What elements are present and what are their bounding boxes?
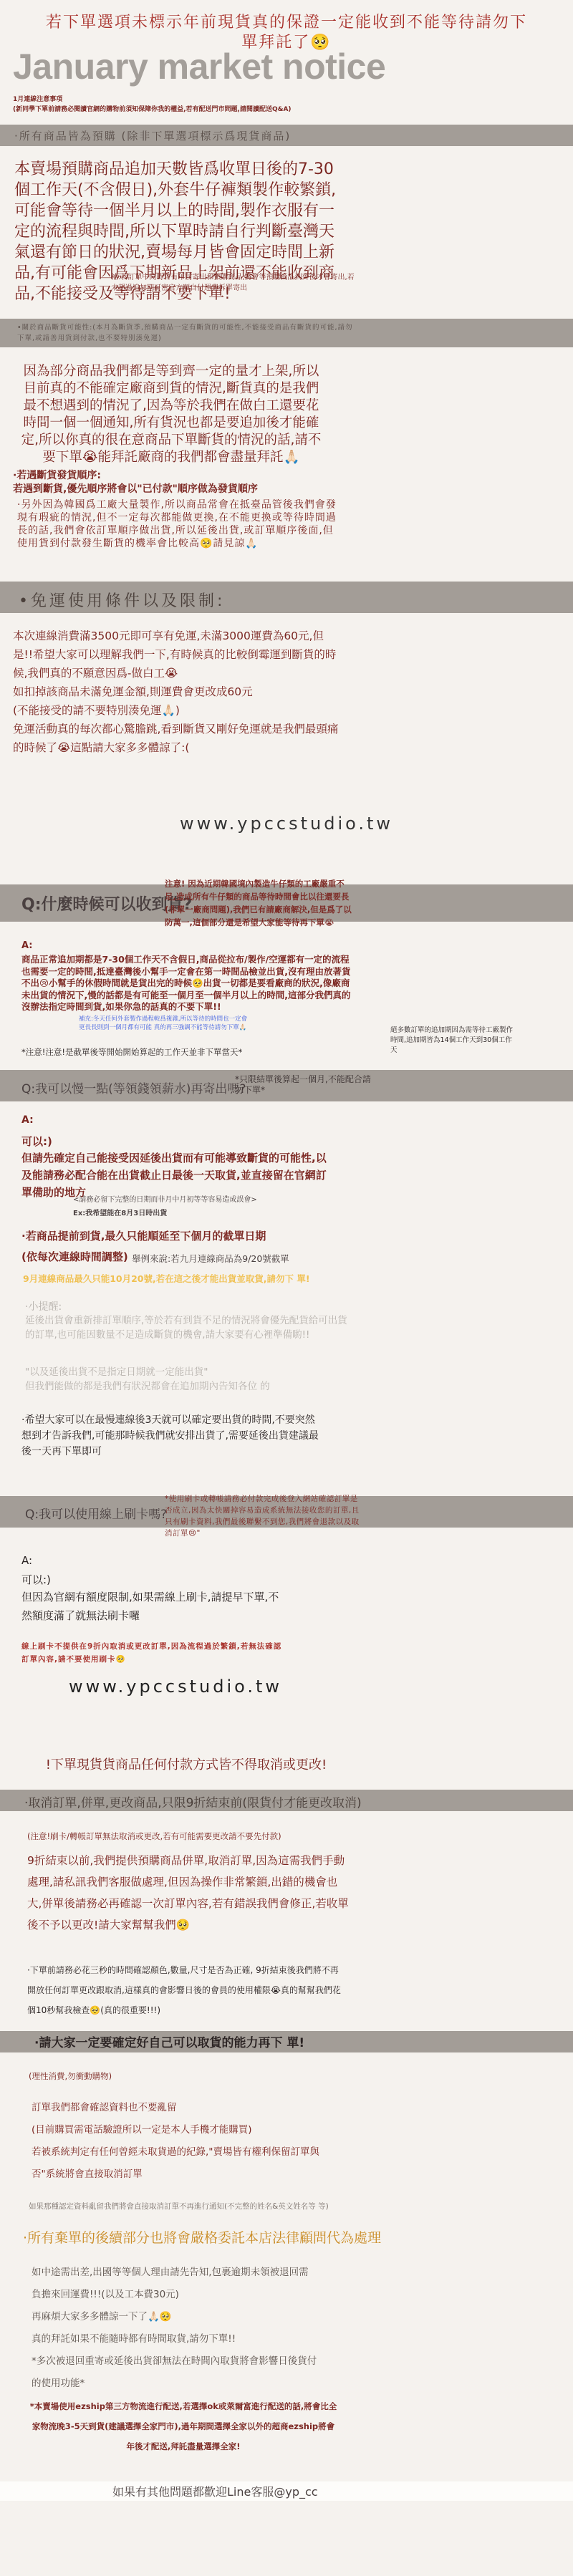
preorder-bar-label: ·所有商品皆為預購 (除非下單選項標示爲現貨商品) bbox=[14, 128, 291, 143]
faq-delay-reminder-body: 延後出貨會重新排訂單順序,等於若有到貨不足的情況將會優先配貨給可出貨的訂單,也可… bbox=[25, 1313, 355, 1342]
pickup-line: (目前購買需電話驗證所以一定是本人手機才能購買) bbox=[32, 2119, 332, 2141]
legal-line: 再麻煩大家多多體諒一下了🙏🏻🥺 bbox=[32, 2306, 325, 2328]
cancel-bar-label: ·取消訂單,併單,更改商品,只限9折結束前(限貨付才能更改取消) bbox=[24, 1793, 362, 1810]
stockout-bar-label: •關於商品斷貨可能性:(本月為斷貨季,預購商品一定有斷貨的可能性,不能接受商品有… bbox=[17, 322, 354, 344]
faq-card-warning: 線上刷卡不提供在9折內取消或更改訂單,因為流程過於繁鎖,若無法確認訂單內容,請不… bbox=[21, 1640, 283, 1666]
faq-delivery-supplement: 補充:冬天任何外套製作過程較爲複雜,所以等待的時間也一定會更長長則到一個月都有可… bbox=[79, 1015, 251, 1032]
preorder-note: 補:若訂單中同時含有年前寄出和預購商品,將會等預購商品到齊後才會寄出,若未超過追… bbox=[111, 272, 355, 294]
in-stock-notice: !下單現貨貨商品任何付款方式皆不得取消或更改! bbox=[0, 1755, 372, 1773]
faq-delay-answer-label: A: bbox=[21, 1114, 34, 1126]
shipping-line: (不能接受的請不要特別湊免運🙏🏻) bbox=[13, 701, 342, 720]
faq-delay-early-warning: 9月連線商品最久只能10月20號,若在這之後才能出貨並取貨,請勿下 單! bbox=[23, 1272, 310, 1285]
shipping-bar-label: •免運使用條件以及限制: bbox=[19, 589, 225, 611]
pickup-lines: 訂單我們都會確認資料也不要亂留 (目前購買需電話驗證所以一定是本人手機才能購買)… bbox=[32, 2097, 332, 2186]
faq-delivery-side-note: 絕多數訂單的追加期因為需等待工廠製作時間,追加期皆為14個工作天到30個工作天 bbox=[390, 1026, 516, 1056]
legal-line: 如中途需出差,出國等等個人理由請先告知,包裹逾期未領被退回需 bbox=[32, 2262, 325, 2284]
faq-delay-early-example: 舉例來說:若九月連線商品為9/20號截單 bbox=[132, 1252, 289, 1265]
faq-card-side-note: *使用刷卡或轉帳請務必付款完成後登入網站確認訂單是否成立,因為太快關掉容易造成系… bbox=[165, 1493, 365, 1539]
legal-line: *多次被退回重寄或延後出貨卻無法在時間內取貨將會影響日後貨付的使用功能* bbox=[32, 2350, 325, 2395]
legal-lines: 如中途需出差,出國等等個人理由請先告知,包裹逾期未領被退回需 負擔來回運費!!!… bbox=[32, 2262, 325, 2395]
legal-line: 負擔來回運費!!!(以及工本費30元) bbox=[32, 2284, 325, 2306]
faq-delay-question: Q:我可以慢一點(等領錢領薪水)再寄出嗎? bbox=[21, 1079, 246, 1096]
faq-delay-early-title: ·若商品提前到貨,最久只能順延至下個月的截單日期 bbox=[21, 1228, 266, 1243]
faq-delay-reminder-end: 但我們能做的都是我們有狀況都會在追加期內告知各位 的 bbox=[25, 1378, 270, 1392]
stockout-defect-body: ·另外因為韓國爲工廠大量製作,所以商品常會在抵臺品管後我們會發現有瑕疵的情況,但… bbox=[17, 498, 343, 550]
faq-card-answer-yes: 可以:) bbox=[21, 1572, 51, 1587]
faq-delay-early-paren: (依每次連線時間調整) bbox=[21, 1249, 128, 1264]
faq-card-answer-label: A: bbox=[21, 1554, 32, 1567]
faq-delay-side-note: *只限結單後算起一個月,不能配合請勿下單* bbox=[235, 1074, 375, 1096]
shipping-line: 本次連線消費滿3500元即可享有免運,未滿3000運費為60元,但是!!希望大家… bbox=[13, 627, 342, 682]
footer-contact[interactable]: 如果有其他問題都歡迎Line客服@yp_cc bbox=[112, 2483, 318, 2499]
faq-delay-hint-1: <請務必留下完整的日期而非月中月初等等容易造成誤會> bbox=[73, 1193, 257, 1204]
stockout-order-title: ·若遇斷貨發貨順序: bbox=[13, 468, 101, 482]
shipping-line: 免運活動真的每次都心驚膽跳,看到斷貨又剛好免運就是我們最頭痛的時候了😭這點請大家… bbox=[13, 720, 342, 757]
faq-delay-hope: ·希望大家可以在最慢連線後3天就可以確定要出貨的時間,不要突然想到才告訴我們,可… bbox=[21, 1412, 322, 1460]
pickup-paren: (理性消費,勿衝動購物) bbox=[29, 2070, 112, 2082]
cancel-note: (注意!刷卡/轉帳訂單無法取消或更改,若有可能需要更改請不要先付款) bbox=[27, 1830, 281, 1842]
faq-delivery-notice: 注意! 因為近期韓國境內製造牛仔類的工廠嚴重不足,造成所有牛仔類的商品等待時間會… bbox=[165, 877, 352, 929]
faq-card-question: Q:我可以使用線上刷卡嗎? bbox=[25, 1504, 167, 1522]
subtitle-line-1: 1月連線注意事項 bbox=[13, 95, 292, 105]
website-url-2[interactable]: www.ypccstudio.tw bbox=[0, 1677, 351, 1697]
stockout-body: 因為部分商品我們都是等到齊一定的量才上架,所以目前真的不能確定廠商到貨的情況,斷… bbox=[17, 363, 325, 466]
faq-delay-reminder-title: ·小提醒: bbox=[25, 1299, 62, 1313]
subtitle: 1月連線注意事項 (新同學下單前請務必閱讀官網的購物前須知保障你我的權益,若有配… bbox=[13, 95, 292, 115]
legal-ezship: *本賣場使用ezship第三方物流進行配送,若選擇ok或萊爾富進行配送的話,將會… bbox=[29, 2396, 338, 2456]
website-url[interactable]: www.ypccstudio.tw bbox=[0, 814, 573, 834]
page-title: January market notice bbox=[13, 46, 385, 87]
pickup-bar-label: ·請大家一定要確定好自己可以取貨的能力再下 單! bbox=[34, 2032, 304, 2050]
shipping-line: 如扣掉該商品未滿免運金額,則運費會更改成60元 bbox=[13, 682, 342, 701]
faq-delivery-footnote: *注意!注意!是截單後等開始開始算起的工作天並非下單當天* bbox=[21, 1046, 242, 1058]
cancel-body: 9折結束以前,我們提供預購商品併單,取消訂單,因為這需我們手動處理,請私訊我們客… bbox=[27, 1850, 350, 1936]
legal-line: 真的拜託如果不能隨時都有時間取貨,請勿下單!! bbox=[32, 2328, 325, 2350]
faq-delay-reminder-quote: "以及延後出貨不是指定日期就一定能出貨" bbox=[25, 1364, 208, 1378]
legal-title: ·所有棄單的後續部分也將會嚴格委託本店法律顧問代為處理 bbox=[23, 2227, 381, 2247]
pickup-line: 若被系統判定有任何曾經未取貨過的紀錄,"賣場皆有權利保留訂單與否"系統將會直接取… bbox=[32, 2141, 332, 2186]
shipping-body: 本次連線消費滿3500元即可享有免運,未滿3000運費為60元,但是!!希望大家… bbox=[13, 627, 342, 757]
faq-delivery-answer: 商品正常追加期都是7-30個工作天不含假日,商品從拉布/製作/空運都有一定的流程… bbox=[21, 954, 358, 1013]
faq-card-answer-body: 但因為官網有額度限制,如果需線上刷卡,請提早下單,不然額度滿了就無法刷卡囉 bbox=[21, 1588, 279, 1625]
subtitle-line-2: (新同學下單前請務必閱讀官網的購物前須知保障你我的權益,若有配送門市問題,請閱讀… bbox=[13, 105, 292, 115]
faq-delivery-answer-label: A: bbox=[21, 940, 33, 951]
stockout-order-body: 若遇到斷貨,優先順序將會以"已付款"順序做為發貨順序 bbox=[13, 481, 258, 496]
pickup-data-note: 如果那種認定資料亂留我們將會直接取消訂單不再進行通知(不完整的姓名&英文姓名等 … bbox=[29, 2201, 329, 2211]
cancel-check: ·下單前請務必花三秒的時間確認顏色,數量,尺寸是否為正確, 9折結束後我們將不再… bbox=[27, 1960, 342, 2020]
faq-delay-hint-2: Ex:我希望能在8月3日時出貨 bbox=[73, 1207, 167, 1217]
pickup-line: 訂單我們都會確認資料也不要亂留 bbox=[32, 2097, 332, 2119]
faq-delay-answer-yes: 可以:) bbox=[21, 1134, 52, 1149]
